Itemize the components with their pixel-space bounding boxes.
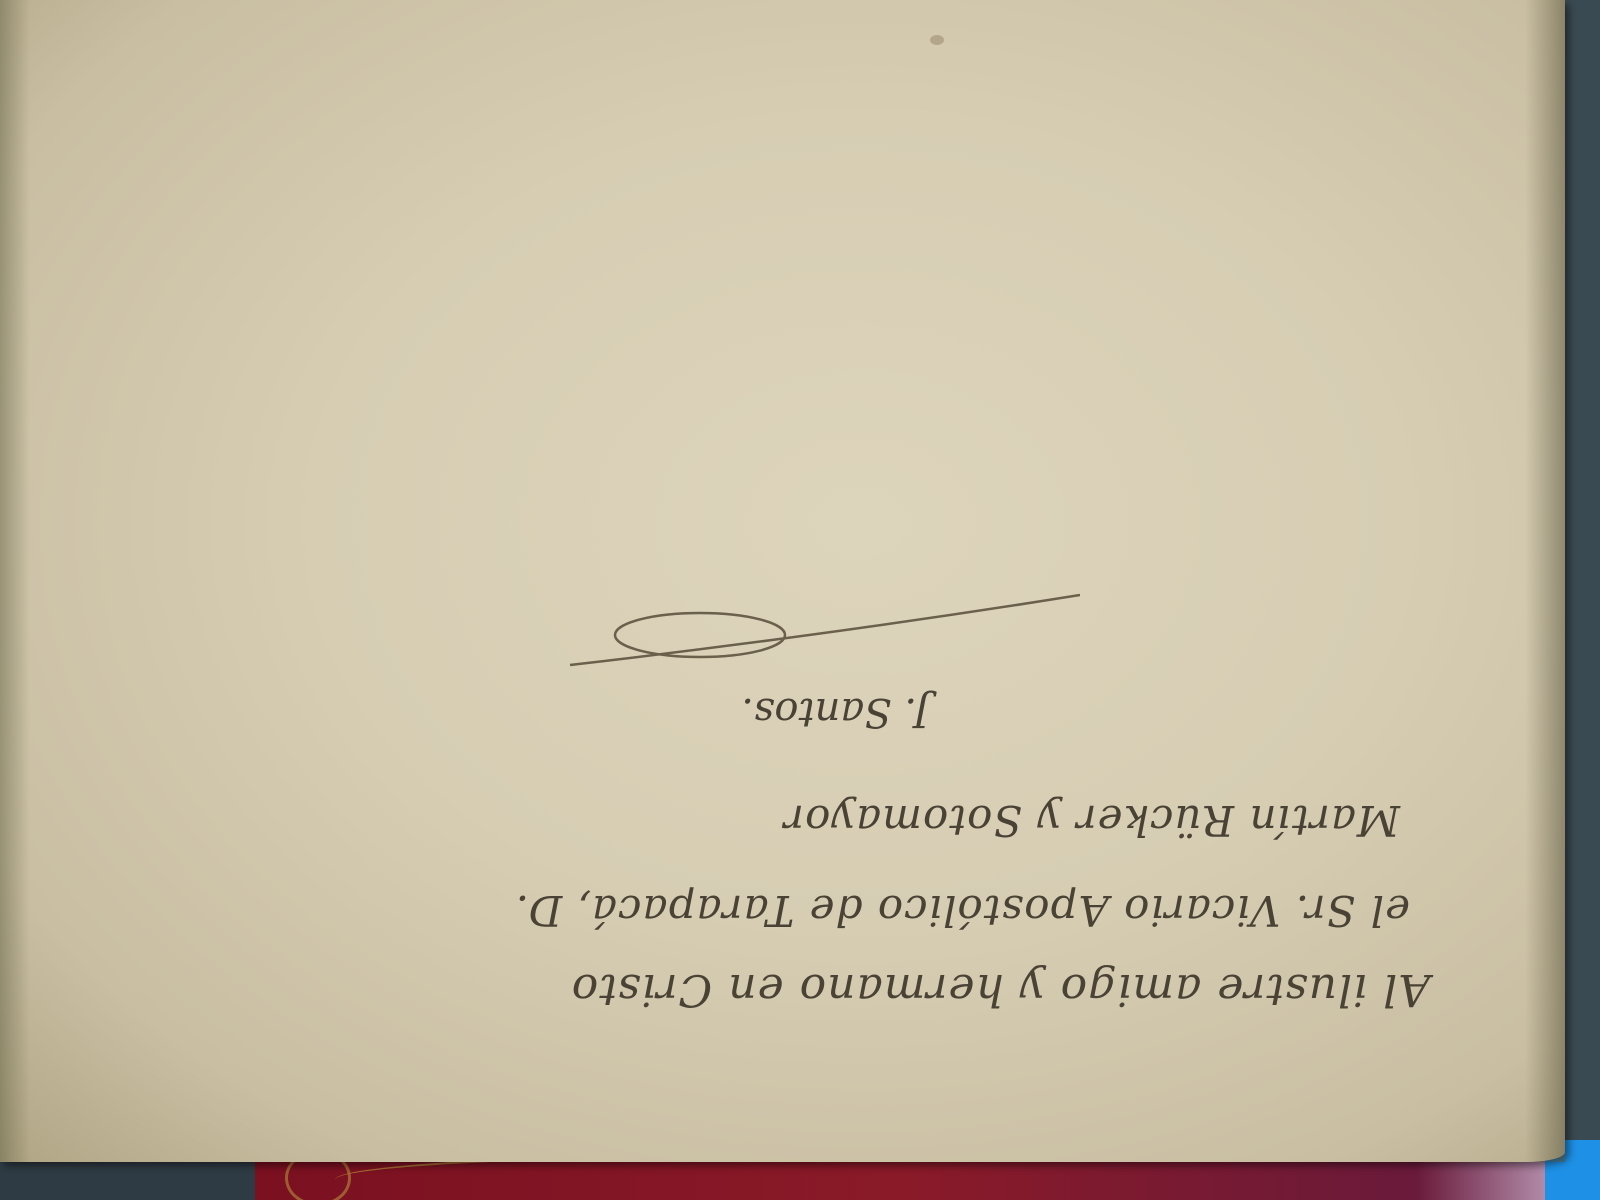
- signature-flourish-icon: [560, 585, 1080, 675]
- flyleaf-page: Al ilustre amigo y hermano en Cristo el …: [0, 0, 1565, 1162]
- handwritten-dedication: Al ilustre amigo y hermano en Cristo el …: [10, 575, 1430, 1035]
- dedication-line-2: el Sr. Vicario Apostólico de Tarapacá, D…: [515, 886, 1410, 935]
- paper-foxing-spot: [930, 35, 944, 45]
- page-shadow-right: [1525, 0, 1565, 1162]
- signature: J. Santos.: [741, 689, 930, 735]
- dedication-line-3: Martín Rücker y Sotomayor: [783, 796, 1400, 845]
- dedication-line-1: Al ilustre amigo y hermano en Cristo: [571, 964, 1430, 1015]
